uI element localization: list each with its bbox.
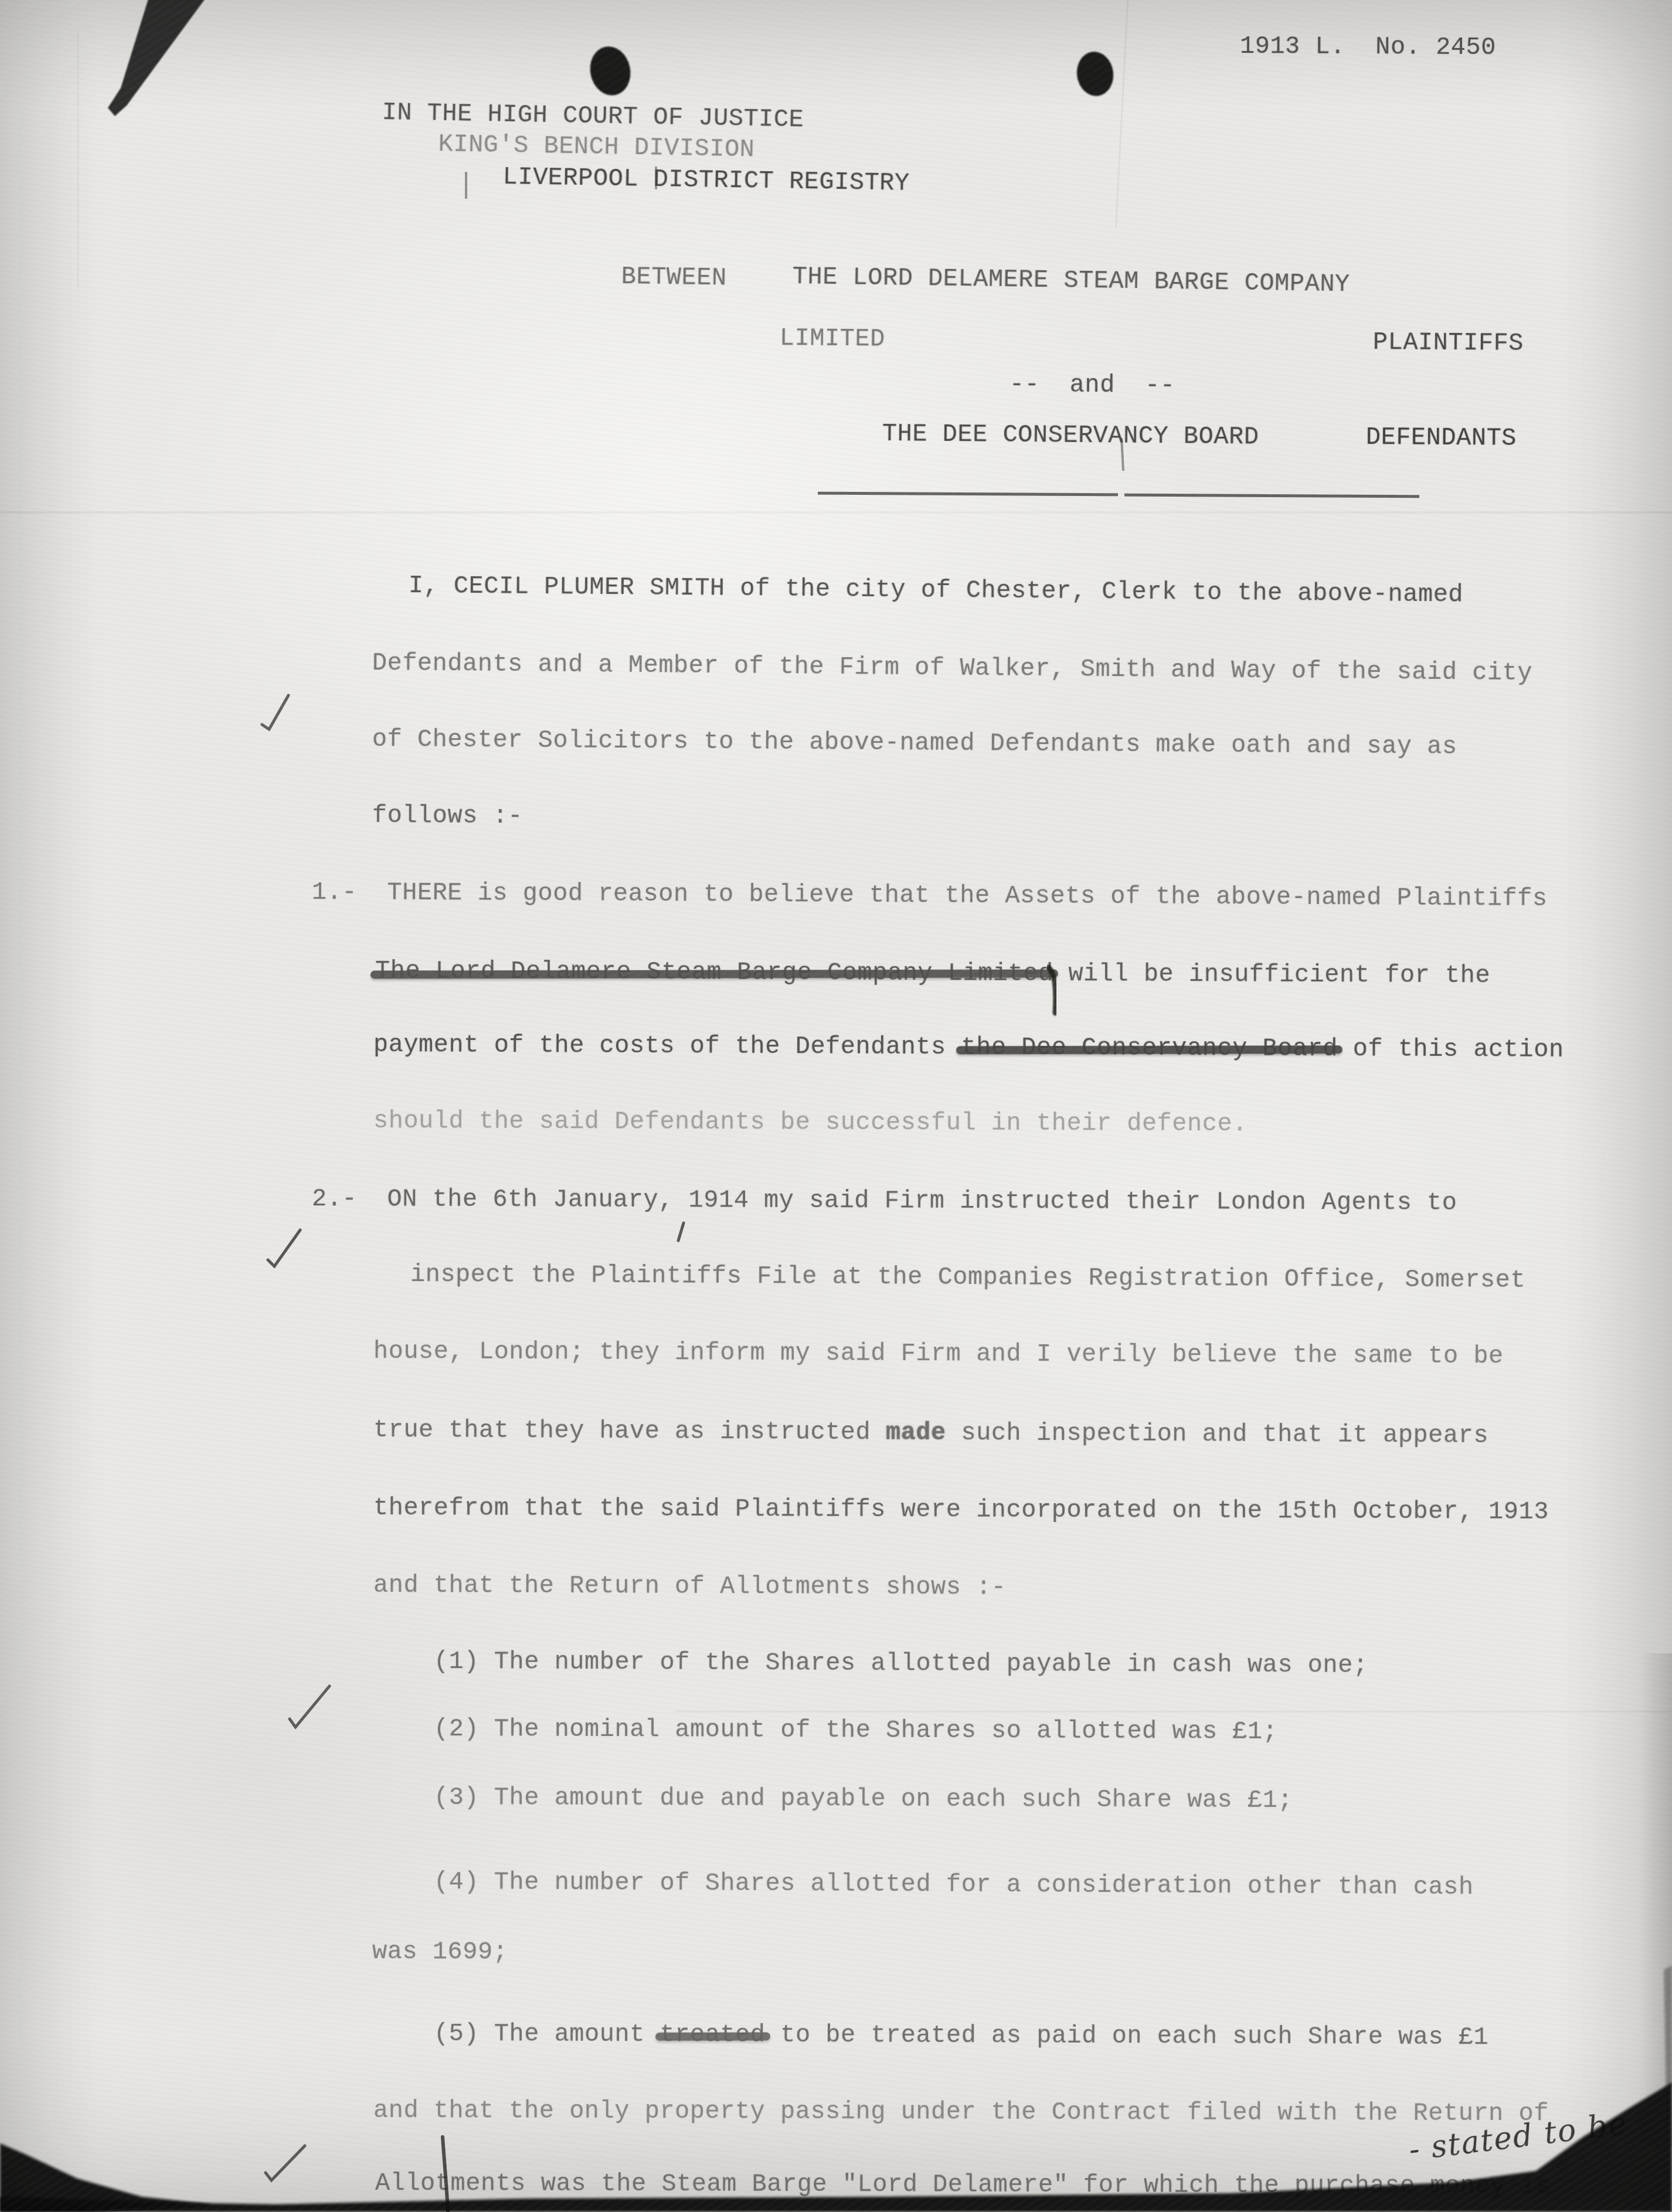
document-line: inspect the Plaintiffs File at the Compa… (410, 1260, 1525, 1294)
text-segment: IN THE HIGH COURT OF JUSTICE (382, 98, 804, 134)
document-line: and that the only property passing under… (373, 2097, 1549, 2128)
document-line: BETWEEN (621, 263, 727, 293)
document-line: THE DEE CONSERVANCY BOARD (882, 420, 1259, 451)
document-line: 1.- THERE is good reason to believe that… (312, 878, 1548, 913)
text-segment: DEFENDANTS (1366, 423, 1517, 453)
text-segment: and that the only property passing under… (373, 2097, 1549, 2128)
document-line: The Lord Delamere Steam Barge Company Li… (375, 957, 1490, 990)
document-line: IN THE HIGH COURT OF JUSTICE (382, 98, 804, 134)
document-line: true that they have as instructed made s… (373, 1416, 1489, 1450)
text-segment: -- and -- (1010, 371, 1175, 400)
text-segment: was 1699; (372, 1938, 508, 1966)
text-segment: house, London; they inform my said Firm … (373, 1337, 1504, 1370)
document-line: (2) The nominal amount of the Shares so … (434, 1715, 1278, 1746)
document-line: was 1699; (372, 1938, 508, 1966)
document-line: -- and -- (1010, 371, 1175, 400)
inked-text: made (886, 1419, 946, 1448)
document-line: (5) The amount treated to be treated as … (434, 2020, 1489, 2051)
text-segment: Allotments was the Steam Barge "Lord Del… (375, 2169, 1551, 2200)
text-segment: KING'S BENCH DIVISION (438, 130, 755, 164)
text-segment: PLAINTIFFS (1373, 328, 1524, 358)
struck-text: treated (660, 2020, 765, 2049)
document-line: THE LORD DELAMERE STEAM BARGE COMPANY (792, 263, 1350, 298)
document-line: house, London; they inform my said Firm … (373, 1337, 1504, 1370)
text-segment: payment of the costs of the Defendants (373, 1031, 961, 1061)
text-segment: (2) The nominal amount of the Shares so … (434, 1715, 1278, 1746)
scanned-affidavit-page: 1913 L. No. 2450IN THE HIGH COURT OF JUS… (0, 0, 1672, 2212)
text-segment: to be treated as paid on each such Share… (765, 2021, 1489, 2051)
document-line: (1) The number of the Shares allotted pa… (434, 1647, 1368, 1680)
text-segment: will be insufficient for the (1053, 960, 1490, 990)
text-segment: (5) The amount (434, 2020, 660, 2048)
text-segment: follows :- (372, 801, 523, 830)
text-segment: LIVERPOOL DISTRICT REGISTRY (502, 163, 910, 198)
text-segment: 2.- ON the 6th January, 1914 my said Fir… (312, 1185, 1457, 1217)
text-segment: Defendants and a Member of the Firm of W… (372, 649, 1533, 687)
document-line: LIMITED (780, 324, 885, 354)
text-segment: true that they have as instructed (373, 1416, 886, 1447)
document-line: and that the Return of Allotments shows … (373, 1571, 1007, 1602)
text-segment: (1) The number of the Shares allotted pa… (434, 1647, 1368, 1680)
text-segment: such inspection and that it appears (946, 1419, 1489, 1450)
document-line: therefrom that the said Plaintiffs were … (373, 1494, 1549, 1526)
document-line: KING'S BENCH DIVISION (438, 130, 755, 164)
text-segment: and that the Return of Allotments shows … (373, 1571, 1007, 1602)
document-line: should the said Defendants be successful… (373, 1107, 1248, 1138)
document-line: PLAINTIFFS (1373, 328, 1524, 358)
text-segment: should the said Defendants be successful… (373, 1107, 1248, 1138)
document-line: (4) The number of Shares allotted for a … (434, 1868, 1474, 1901)
document-line: Allotments was the Steam Barge "Lord Del… (375, 2169, 1551, 2200)
document-line: payment of the costs of the Defendants t… (373, 1031, 1564, 1064)
text-segment: of this action (1338, 1035, 1564, 1064)
document-line: follows :- (372, 801, 523, 830)
struck-text: the Dee Conservancy Board (961, 1033, 1338, 1063)
text-segment: 1913 L. No. 2450 (1240, 32, 1496, 62)
document-line: 1913 L. No. 2450 (1240, 32, 1496, 62)
text-layer: 1913 L. No. 2450IN THE HIGH COURT OF JUS… (0, 0, 1672, 2212)
text-segment: BETWEEN (621, 263, 727, 293)
text-segment: THE DEE CONSERVANCY BOARD (882, 420, 1259, 451)
document-line: (3) The amount due and payable on each s… (434, 1783, 1293, 1815)
text-segment: THE LORD DELAMERE STEAM BARGE COMPANY (792, 263, 1350, 298)
document-line: DEFENDANTS (1366, 423, 1517, 453)
struck-text: The Lord Delamere Steam Barge Company Li… (375, 957, 1054, 988)
text-segment: inspect the Plaintiffs File at the Compa… (410, 1260, 1525, 1294)
document-line: 2.- ON the 6th January, 1914 my said Fir… (312, 1185, 1457, 1217)
document-line: of Chester Solicitors to the above-named… (372, 725, 1457, 761)
document-line: I, CECIL PLUMER SMITH of the city of Che… (409, 572, 1464, 609)
text-segment: LIMITED (780, 324, 885, 354)
text-segment: (4) The number of Shares allotted for a … (434, 1868, 1474, 1901)
text-segment: I, CECIL PLUMER SMITH of the city of Che… (409, 572, 1464, 609)
text-segment: (3) The amount due and payable on each s… (434, 1783, 1293, 1815)
document-line: Defendants and a Member of the Firm of W… (372, 649, 1533, 687)
document-line: LIVERPOOL DISTRICT REGISTRY (502, 163, 910, 198)
text-segment: of Chester Solicitors to the above-named… (372, 725, 1457, 761)
text-segment: therefrom that the said Plaintiffs were … (373, 1494, 1549, 1526)
text-segment: 1.- THERE is good reason to believe that… (312, 878, 1548, 913)
